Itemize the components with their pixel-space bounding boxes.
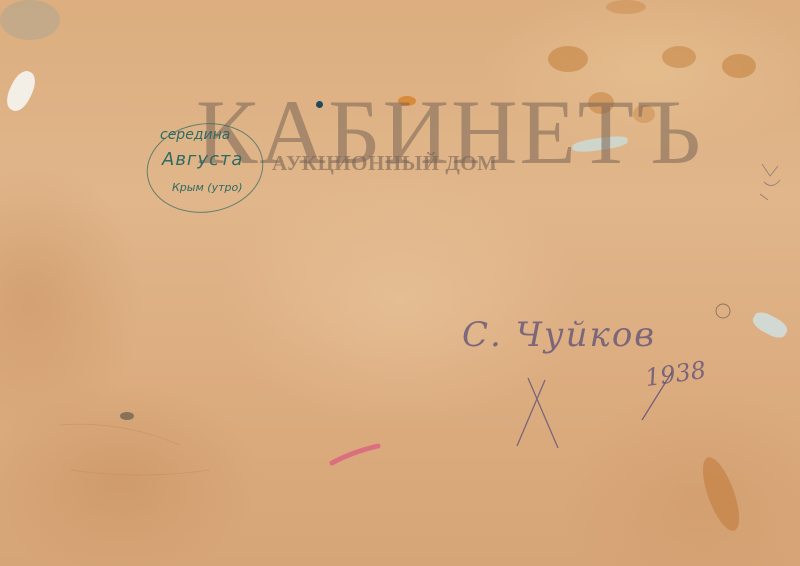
water-stain-line <box>60 424 210 475</box>
ink-oval <box>141 116 268 219</box>
pencil-stroke <box>642 372 672 420</box>
marks-overlay <box>0 0 800 566</box>
cardboard-back: КАБИНЕТЪ АУКЦИОННЫЙ ДОМ середина Августа… <box>0 0 800 566</box>
pink-paint-stroke <box>332 446 378 463</box>
pencil-circle <box>716 304 730 318</box>
pencil-cross-icon <box>517 378 558 448</box>
pencil-scribble <box>760 164 780 200</box>
